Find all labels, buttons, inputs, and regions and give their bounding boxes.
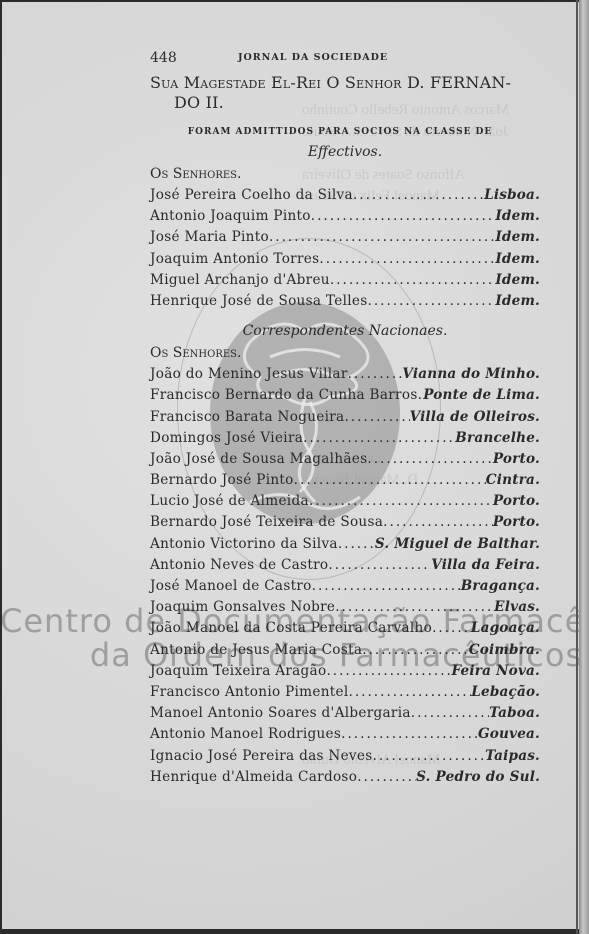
leader-dots — [309, 491, 493, 512]
member-name: Francisco Barata Nogueira — [150, 407, 344, 428]
leader-dots — [368, 291, 496, 312]
title-continuation: DO II. — [150, 93, 540, 113]
member-place: Gouvea. — [478, 724, 540, 745]
member-name: Miguel Archanjo d'Abreu — [150, 270, 330, 291]
senhores-label: Os Senhores. — [150, 164, 540, 185]
book-spine — [579, 0, 589, 934]
member-place: Idem. — [495, 249, 540, 270]
member-place: Idem. — [495, 270, 540, 291]
leader-dots — [411, 703, 489, 724]
member-name: Bernardo José Teixeira de Sousa — [150, 512, 383, 533]
member-row: Miguel Archanjo d'AbreuIdem. — [150, 270, 540, 291]
member-row: Domingos José VieiraBrancelhe. — [150, 428, 540, 449]
member-place: Vianna do Minho. — [402, 364, 540, 385]
member-row: Bernardo José Teixeira de SousaPorto. — [150, 512, 540, 533]
member-place: S. Pedro do Sul. — [416, 767, 540, 788]
member-name: Henrique d'Almeida Cardoso — [150, 767, 357, 788]
leader-dots — [383, 512, 493, 533]
member-place: Villa da Feira. — [431, 555, 540, 576]
leader-dots — [311, 206, 496, 227]
member-row: Bernardo José PintoCintra. — [150, 470, 540, 491]
member-place: Cintra. — [486, 470, 540, 491]
member-name: Antonio de Jesus Maria Costa — [150, 640, 362, 661]
member-place: Lebação. — [471, 682, 540, 703]
member-row: Manoel Antonio Soares d'AlbergariaTaboa. — [150, 703, 540, 724]
leader-dots — [353, 185, 484, 206]
running-header: 448 JORNAL DA SOCIEDADE — [150, 50, 540, 66]
leader-dots — [319, 249, 495, 270]
leader-dots — [349, 682, 472, 703]
member-name: Manoel Antonio Soares d'Albergaria — [150, 703, 411, 724]
member-row: João Manoel da Costa Pereira CarvalhoLag… — [150, 618, 540, 639]
member-row: José Maria PintoIdem. — [150, 227, 540, 248]
member-place: Idem. — [495, 291, 540, 312]
member-row: Francisco Bernardo da Cunha BarrosPonte … — [150, 385, 540, 406]
member-place: Ponte de Lima. — [423, 385, 540, 406]
title-prefix: Sua Magestade El-Rei O Senhor — [150, 73, 402, 92]
section-heading-correspondentes: Correspondentes Nacionaes. — [150, 323, 540, 343]
section-heading-effectivos: Effectivos. — [150, 144, 540, 164]
title-heading: Sua Magestade El-Rei O Senhor D. FERNAN-… — [150, 73, 540, 113]
page-edge — [576, 0, 578, 934]
member-name: Antonio Neves de Castro — [150, 555, 328, 576]
member-row: Antonio Victorino da SilvaS. Miguel de B… — [150, 534, 540, 555]
title-suffix: D. FERNAN- — [407, 73, 511, 92]
member-place: Porto. — [493, 512, 540, 533]
member-row: Antonio de Jesus Maria CostaCoimbra. — [150, 640, 540, 661]
member-name: Domingos José Vieira — [150, 428, 303, 449]
member-place: Lisboa. — [484, 185, 540, 206]
leader-dots — [432, 618, 471, 639]
member-row: Henrique José de Sousa TellesIdem. — [150, 291, 540, 312]
member-name: José Pereira Coelho da Silva — [150, 185, 353, 206]
member-place: Idem. — [495, 206, 540, 227]
leader-dots — [330, 270, 496, 291]
member-name: Ignacio José Pereira das Neves — [150, 746, 373, 767]
member-place: Porto. — [493, 491, 540, 512]
member-place: S. Miguel de Balthar. — [375, 534, 540, 555]
member-row: Henrique d'Almeida CardosoS. Pedro do Su… — [150, 767, 540, 788]
member-row: Ignacio José Pereira das NevesTaipas. — [150, 746, 540, 767]
member-row: Antonio Neves de CastroVilla da Feira. — [150, 555, 540, 576]
member-name: Joaquim Gonsalves Nobre — [150, 597, 335, 618]
member-row: José Pereira Coelho da SilvaLisboa. — [150, 185, 540, 206]
member-place: Taboa. — [489, 703, 540, 724]
member-place: Lagoaça. — [471, 618, 540, 639]
senhores-label: Os Senhores. — [150, 343, 540, 364]
member-name: Lucio José de Almeida — [150, 491, 309, 512]
member-row: José Manoel de CastroBragança. — [150, 576, 540, 597]
leader-dots — [338, 534, 375, 555]
member-place: Taipas. — [485, 746, 540, 767]
member-row: João José de Sousa MagalhãesPorto. — [150, 449, 540, 470]
leader-dots — [312, 576, 461, 597]
member-place: Elvas. — [494, 597, 540, 618]
member-name: Henrique José de Sousa Telles — [150, 291, 368, 312]
leader-dots — [348, 364, 403, 385]
member-row: Francisco Barata NogueiraVilla de Olleir… — [150, 407, 540, 428]
member-name: Francisco Antonio Pimentel — [150, 682, 349, 703]
member-place: Coimbra. — [469, 640, 540, 661]
leader-dots — [373, 746, 486, 767]
member-row: Joaquim Gonsalves NobreElvas. — [150, 597, 540, 618]
member-row: Antonio Manoel RodriguesGouvea. — [150, 724, 540, 745]
leader-dots — [362, 640, 469, 661]
leader-dots — [328, 555, 431, 576]
member-name: João do Menino Jesus Villar — [150, 364, 348, 385]
scanned-page: Marcos Antonio Rebello Coutinho João Nor… — [2, 2, 579, 929]
leader-dots — [335, 597, 494, 618]
leader-dots — [303, 428, 455, 449]
member-name: Antonio Victorino da Silva — [150, 534, 338, 555]
member-name: Francisco Bernardo da Cunha Barros — [150, 385, 418, 406]
member-row: Francisco Antonio PimentelLebação. — [150, 682, 540, 703]
member-place: Villa de Olleiros. — [410, 407, 540, 428]
member-row: João do Menino Jesus VillarVianna do Min… — [150, 364, 540, 385]
member-name: José Manoel de Castro — [150, 576, 312, 597]
member-row: Joaquim Teixeira AragãoFeira Nova. — [150, 661, 540, 682]
member-name: Joaquim Teixeira Aragão — [150, 661, 326, 682]
member-name: Joaquim Antonio Torres — [150, 249, 319, 270]
journal-title: JORNAL DA SOCIEDADE — [238, 52, 388, 63]
member-place: Bragança. — [461, 576, 540, 597]
member-name: João Manoel da Costa Pereira Carvalho — [150, 618, 432, 639]
member-name: João José de Sousa Magalhães — [150, 449, 367, 470]
member-row: Antonio Joaquim PintoIdem. — [150, 206, 540, 227]
leader-dots — [344, 407, 409, 428]
admitted-heading: FORAM ADMITTIDOS PARA SOCIOS NA CLASSE D… — [140, 127, 540, 137]
leader-dots — [341, 724, 478, 745]
member-name: Antonio Manoel Rodrigues — [150, 724, 341, 745]
member-row: Lucio José de AlmeidaPorto. — [150, 491, 540, 512]
page-content: 448 JORNAL DA SOCIEDADE Sua Magestade El… — [150, 50, 540, 788]
member-name: José Maria Pinto — [150, 227, 269, 248]
member-name: Bernardo José Pinto — [150, 470, 294, 491]
leader-dots — [357, 767, 416, 788]
member-place: Feira Nova. — [451, 661, 540, 682]
member-name: Antonio Joaquim Pinto — [150, 206, 311, 227]
member-place: Porto. — [493, 449, 540, 470]
leader-dots — [326, 661, 451, 682]
page-number: 448 — [150, 50, 177, 66]
leader-dots — [367, 449, 492, 470]
leader-dots — [269, 227, 495, 248]
member-place: Idem. — [495, 227, 540, 248]
member-place: Brancelhe. — [455, 428, 540, 449]
leader-dots — [294, 470, 486, 491]
member-row: Joaquim Antonio TorresIdem. — [150, 249, 540, 270]
